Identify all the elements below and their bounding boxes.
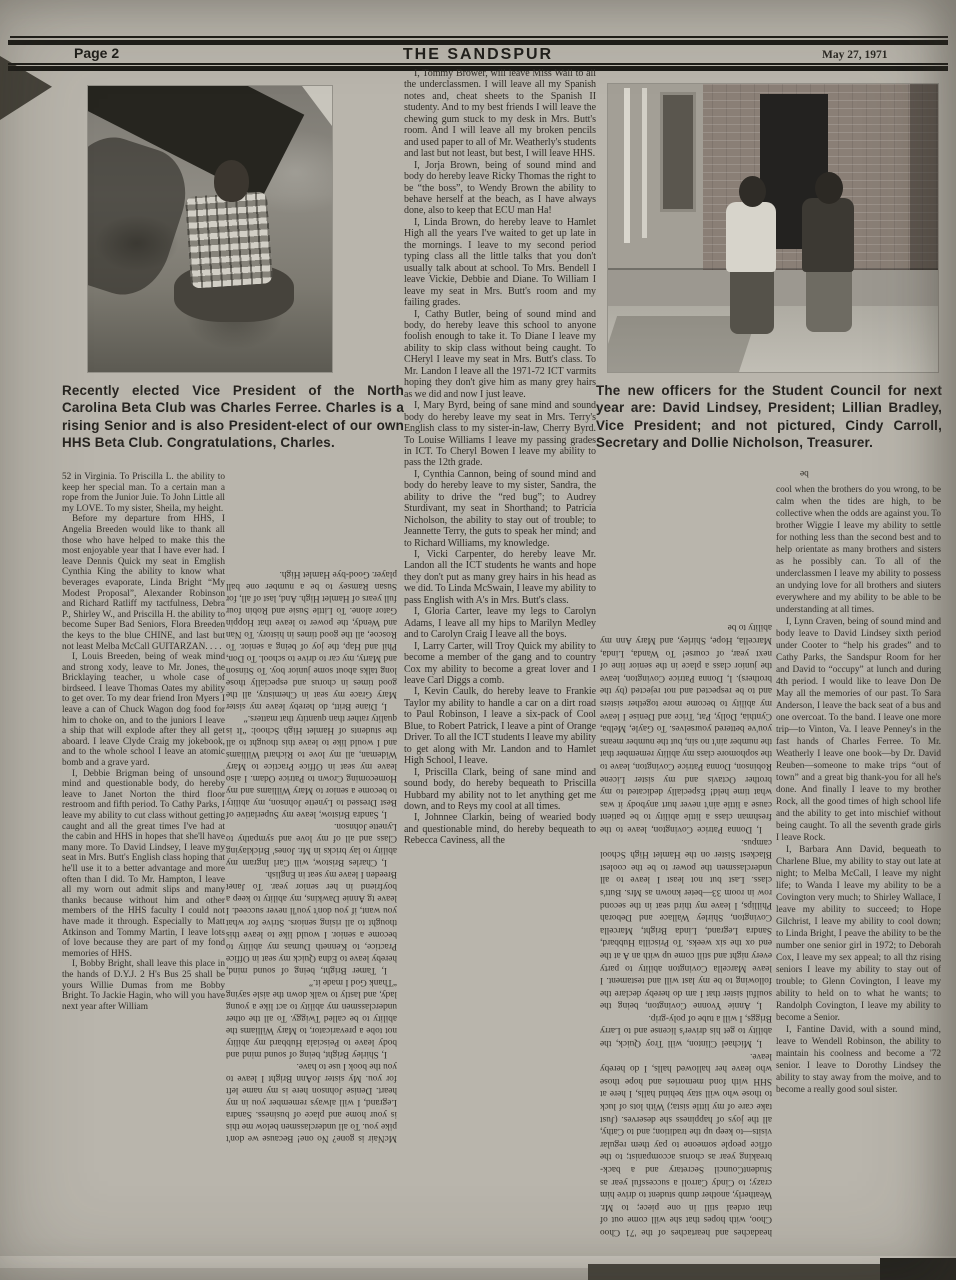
- article-paragraph: I, Michael Clinton, will Troy Quick, the…: [600, 1011, 772, 1049]
- stray-flipped-word: be: [800, 468, 809, 478]
- article-paragraph: I, Shirley Bright, being of sound mind a…: [226, 976, 397, 1060]
- article-paragraph: I, Annie Yvonne Covington, being the sou…: [600, 835, 772, 1011]
- scan-bottom-corner: [880, 1258, 956, 1280]
- column-left-2-upside-down: McNair is gone? No one! Because we don't…: [226, 472, 397, 1144]
- figure-right-shirt: [802, 198, 854, 272]
- figure-left-shirt: [726, 202, 776, 272]
- article-paragraph: I, Sandra Bristow, leave my Superlative …: [226, 712, 397, 820]
- article-paragraph: I, Louis Breeden, being of weak mind and…: [62, 652, 225, 769]
- article-paragraph: I, Linda Brown, do hereby leave to Hamle…: [404, 217, 596, 309]
- article-paragraph: I, Priscilla Clark, being of sane mind a…: [404, 767, 596, 813]
- article-paragraph: I, Mary Byrd, being of sane mind and sou…: [404, 400, 596, 469]
- article-paragraph: I, Bobby Bright, shall leave this place …: [62, 959, 225, 1012]
- photo-student-council: [608, 84, 938, 372]
- flipped-text-block: headaches and heartaches of the '71 Choo…: [600, 470, 772, 1238]
- figure-left-head: [739, 176, 766, 207]
- article-paragraph: I, Kevin Caulk, do hereby leave to Frank…: [404, 686, 596, 766]
- article-paragraph: McNair is gone? No one! Because we don't…: [226, 1060, 397, 1144]
- caption-student-council: The new officers for the Student Council…: [596, 382, 942, 452]
- column-left-1: 52 in Virginia. To Priscilla L. the abil…: [62, 472, 225, 1112]
- paper-title: THE SANDSPUR: [0, 46, 956, 64]
- newspaper-page: Page 2 THE SANDSPUR May 27, 1971 Recentl…: [0, 0, 956, 1280]
- student-head: [214, 160, 249, 202]
- article-paragraph: I, Cathy Butler, being of sound mind and…: [404, 309, 596, 401]
- figure-left-legs: [730, 268, 774, 334]
- drainpipe-icon: [642, 88, 647, 238]
- header-rule-thin-top: [10, 36, 948, 38]
- drainpipe-icon: [624, 88, 630, 243]
- article-paragraph: I, Gloria Carter, leave my legs to Carol…: [404, 606, 596, 640]
- plaid-shirt: [185, 191, 273, 288]
- flipped-text-block: McNair is gone? No one! Because we don't…: [226, 472, 397, 1144]
- article-paragraph: I, Tommy Brower, will leave Miss Wall to…: [404, 68, 596, 160]
- article-paragraph: I, Johnnee Clarkin, being of wearied bod…: [404, 812, 596, 846]
- issue-date: May 27, 1971: [822, 49, 887, 61]
- header-rule-thick-top: [8, 40, 948, 45]
- article-paragraph: I, Fantine David, with a sound mind, lea…: [776, 1024, 941, 1096]
- caption-beta-club: Recently elected Vice President of the N…: [62, 382, 404, 452]
- header-rule-thin-bottom: [8, 63, 948, 65]
- article-paragraph: cool when the brothers do you wrong, to …: [776, 484, 941, 616]
- article-paragraph: I, Donna Patrice Covington, leave to the…: [600, 621, 772, 835]
- article-paragraph: I, Charles Bristow, will Carl Ingram my …: [226, 820, 397, 868]
- column-center: I, Tommy Brower, will leave Miss Wall to…: [404, 68, 596, 1236]
- article-paragraph: I, Barbara Ann David, bequeath to Charle…: [776, 844, 941, 1024]
- article-paragraph: I, Lynn Craven, being of sound mind and …: [776, 616, 941, 844]
- article-paragraph: headaches and heartaches of the '71 Choo…: [600, 1049, 772, 1238]
- article-paragraph: I, Cynthia Cannon, being of sound mind a…: [404, 469, 596, 549]
- column-right-1-upside-down: headaches and heartaches of the '71 Choo…: [600, 470, 772, 1238]
- right-shadow-column: [910, 84, 938, 276]
- article-paragraph: I, Larry Carter, will Troy Quick my abil…: [404, 641, 596, 687]
- figure-right-legs: [806, 270, 852, 332]
- photo-charles-ferree: [88, 86, 332, 372]
- column-right-2: cool when the brothers do you wrong, to …: [776, 484, 941, 1216]
- article-paragraph: I, Vicki Carpenter, do hereby leave Mr. …: [404, 549, 596, 606]
- article-paragraph: 52 in Virginia. To Priscilla L. the abil…: [62, 472, 225, 514]
- article-paragraph: I, Debbie Brigman being of unsound mind …: [62, 769, 225, 960]
- window-dark: [660, 92, 696, 212]
- article-paragraph: I, Tamer Bright, being of sound mind, he…: [226, 868, 397, 976]
- article-paragraph: I, Jorja Brown, being of sound mind and …: [404, 160, 596, 217]
- figure-right-head: [815, 172, 843, 204]
- article-paragraph: Before my departure from HHS, I Angelia …: [62, 514, 225, 652]
- article-paragraph: I, Diane Britt, do hereby leave my siste…: [226, 568, 397, 712]
